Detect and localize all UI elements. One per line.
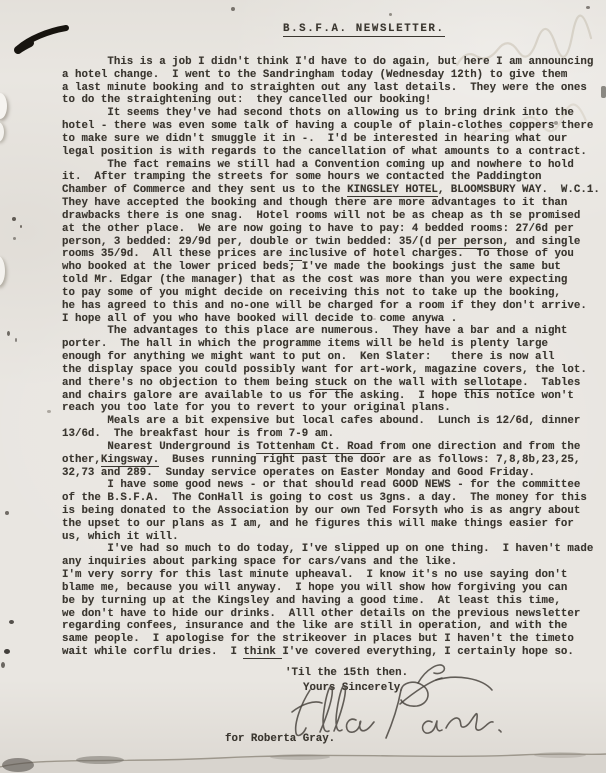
text-line: we don't have to hide our drinks. Alll o… — [62, 608, 600, 621]
text-segment: same people. I apologise for the strikeo… — [62, 633, 574, 645]
text-segment: Meals are a bit expensive but local cafe… — [62, 415, 580, 427]
paper-speck — [15, 338, 17, 342]
paper-speck — [1, 662, 5, 668]
text-segment: on the wall with — [347, 377, 464, 389]
text-line: blame me, because you will anyway. I hop… — [62, 582, 600, 595]
page-bottom-edge — [0, 745, 606, 773]
text-segment: 32,73 and 289. Sunday service operates o… — [62, 467, 535, 479]
paper-speck — [20, 225, 22, 228]
text-segment: a last minute booking and to straighten … — [62, 82, 587, 94]
text-segment: porter. The hall in which the programme … — [62, 338, 548, 350]
text-segment: blame me, because you will anyway. I hop… — [62, 582, 567, 594]
text-segment: drawbacks there is one snag. Hotel rooms… — [62, 210, 580, 222]
text-line: legal position is with regards to the ca… — [62, 146, 600, 159]
text-line: hotel - there was even some talk of havi… — [62, 120, 600, 133]
text-segment: Buses running right past the door are as… — [159, 454, 580, 466]
text-line: other,Kingsway. Buses running right past… — [62, 454, 600, 467]
text-line: at the other place. We are now going to … — [62, 223, 600, 236]
underlined-text: per person — [438, 236, 503, 249]
text-segment: Nearest Underground is — [62, 441, 256, 453]
text-segment: I have some good news - or that should r… — [62, 479, 580, 491]
paper-speck — [47, 410, 51, 413]
text-segment: any inquiries about parking space for ca… — [62, 556, 457, 568]
text-line: who booked at the lower priced beds; I'v… — [62, 261, 600, 274]
text-line: 32,73 and 289. Sunday service operates o… — [62, 467, 600, 480]
text-segment: I'm very sorry for this last minute uphe… — [62, 569, 567, 581]
text-line: told Mr. Edgar (the manager) that as the… — [62, 274, 600, 287]
text-segment: we don't have to hide our drinks. Alll o… — [62, 608, 580, 620]
text-line: person, 3 bedded: 29/9d per, double or t… — [62, 236, 600, 249]
text-line: the upset to our plans as I am, and he f… — [62, 518, 600, 531]
text-segment: legal position is with regards to the ca… — [62, 146, 587, 158]
text-line: Chamber of Commerce and they sent us to … — [62, 184, 600, 197]
text-line: enough for anything we might want to put… — [62, 351, 600, 364]
paper-speck — [9, 620, 14, 624]
text-segment: , BLOOMSBURY WAY. W.C.1. — [438, 184, 600, 196]
text-segment: , and single — [503, 236, 581, 248]
text-line: 13/6d. The breakfast hour is from 7-9 am… — [62, 428, 600, 441]
text-line: Nearest Underground is Tottenham Ct. Roa… — [62, 441, 600, 454]
text-line: The fact remains we still had a Conventi… — [62, 159, 600, 172]
text-segment: from one direction and from the — [380, 441, 581, 453]
newsletter-title: B.S.F.A. NEWSLETTER. — [283, 23, 445, 37]
text-line: It seems they've had second thots on all… — [62, 107, 600, 120]
text-line: drawbacks there is one snag. Hotel rooms… — [62, 210, 600, 223]
text-line: is being donated to the Association by o… — [62, 505, 600, 518]
text-segment: he has agreed to this and no-one will be… — [62, 300, 587, 312]
text-segment: reach you too late for you to revert to … — [62, 402, 451, 414]
text-segment: I hope all of you who have booked will d… — [62, 313, 457, 325]
text-segment: other, — [62, 454, 101, 466]
letter-body: This is a job I didn't think I'd have to… — [62, 56, 600, 659]
text-segment: It seems they've had second thots on all… — [62, 107, 574, 119]
text-segment: I've covered everything, I certainly hop… — [282, 646, 574, 658]
text-segment: regarding confees, insurance and the lik… — [62, 620, 567, 632]
underlined-text: Kingsway. — [101, 454, 159, 467]
text-line: I hope all of you who have booked will d… — [62, 313, 600, 326]
text-segment: The advantages to this place are numerou… — [62, 325, 567, 337]
text-segment: hotel - there was even some talk of havi… — [62, 120, 593, 132]
text-line: porter. The hall in which the programme … — [62, 338, 600, 351]
text-line: I'm very sorry for this last minute uphe… — [62, 569, 600, 582]
text-segment: is being donated to the Association by o… — [62, 505, 580, 517]
scanned-page: B.S.F.A. NEWSLETTER. This is a job I did… — [0, 0, 606, 773]
text-segment: to do the straightening out: they cancel… — [62, 94, 431, 106]
text-line: same people. I apologise for the strikeo… — [62, 633, 600, 646]
text-segment: a hotel change. I went to the Sandringha… — [62, 69, 567, 81]
paper-speck — [13, 237, 16, 240]
pen-scribble-mark — [14, 22, 74, 56]
text-line: any inquiries about parking space for ca… — [62, 556, 600, 569]
text-line: and there's no objection to them being s… — [62, 377, 600, 390]
text-segment: who booked at the lower priced beds; I'v… — [62, 261, 561, 273]
text-segment: to make sure we didn't smuggle it in -. … — [62, 133, 567, 145]
text-segment: us, which it will. — [62, 531, 179, 543]
text-segment: rooms 35/9d. All these prices are — [62, 248, 289, 260]
text-line: he has agreed to this and no-one will be… — [62, 300, 600, 313]
paper-speck — [586, 6, 590, 9]
text-segment: at the other place. We are now going to … — [62, 223, 574, 235]
underlined-text: KINGSLEY HOTEL — [347, 184, 438, 197]
underlined-text: sellotape — [464, 377, 522, 390]
paper-speck — [5, 511, 9, 515]
text-line: The advantages to this place are numerou… — [62, 325, 600, 338]
text-line: a last minute booking and to straighten … — [62, 82, 600, 95]
paper-speck — [231, 7, 235, 11]
text-segment: person, 3 bedded: 29/9d per, double or t… — [62, 236, 438, 248]
text-line: reach you too late for you to revert to … — [62, 402, 600, 415]
text-line: be by turning up at the Kingsley and hav… — [62, 595, 600, 608]
text-line: This is a job I didn't think I'd have to… — [62, 56, 600, 69]
text-segment: Chamber of Commerce and they sent us to … — [62, 184, 347, 196]
underlined-text: think — [243, 646, 282, 659]
text-segment: enough for anything we might want to put… — [62, 351, 554, 363]
text-segment: be by turning up at the Kingsley and hav… — [62, 595, 561, 607]
text-segment: They have accepted the booking and thoug… — [62, 197, 567, 209]
text-line: Meals are a bit expensive but local cafe… — [62, 415, 600, 428]
torn-edge-chip — [0, 122, 4, 142]
text-line: it. After tramping the streets for some … — [62, 171, 600, 184]
text-segment: The fact remains we still had a Conventi… — [62, 159, 574, 171]
text-line: the display space you could possibly wan… — [62, 364, 600, 377]
text-segment: I've had so much to do today, I've slipp… — [62, 543, 593, 555]
text-segment: to pay some of you might decide on recei… — [62, 287, 561, 299]
text-segment: and there's no objection to them being — [62, 377, 315, 389]
text-line: regarding confees, insurance and the lik… — [62, 620, 600, 633]
closing-for-roberta-gray: for Roberta Gray. — [225, 733, 335, 745]
text-line: and chairs galore are available to us fo… — [62, 390, 600, 403]
text-line: rooms 35/9d. All these prices are inclus… — [62, 248, 600, 261]
text-line: They have accepted the booking and thoug… — [62, 197, 600, 210]
text-segment: of the B.S.F.A. The ConHall is going to … — [62, 492, 587, 504]
text-segment: wait while corflu dries. I — [62, 646, 243, 658]
torn-edge-chip — [0, 93, 7, 119]
text-line: to make sure we didn't smuggle it in -. … — [62, 133, 600, 146]
text-segment: . Tables — [522, 377, 580, 389]
paper-speck — [12, 217, 16, 221]
text-line: I've had so much to do today, I've slipp… — [62, 543, 600, 556]
text-line: to pay some of you might decide on recei… — [62, 287, 600, 300]
text-segment: the upset to our plans as I am, and he f… — [62, 518, 574, 530]
underlined-text: in — [289, 248, 302, 261]
paper-speck — [4, 649, 10, 654]
underlined-text: Tottenham Ct. Road — [256, 441, 379, 454]
paper-speck — [601, 86, 606, 98]
text-segment: the display space you could possibly wan… — [62, 364, 587, 376]
underlined-text: stuck — [315, 377, 347, 390]
text-line: us, which it will. — [62, 531, 600, 544]
text-line: to do the straightening out: they cancel… — [62, 94, 600, 107]
paper-speck — [7, 331, 10, 336]
torn-edge-chip — [0, 256, 5, 286]
text-line: I have some good news - or that should r… — [62, 479, 600, 492]
text-segment: 13/6d. The breakfast hour is from 7-9 am… — [62, 428, 334, 440]
text-line: a hotel change. I went to the Sandringha… — [62, 69, 600, 82]
text-segment: clusive of hotel charges. To those of yo… — [302, 248, 574, 260]
text-segment: and chairs galore are available to us fo… — [62, 390, 574, 402]
text-segment: it. After tramping the streets for some … — [62, 171, 541, 183]
text-line: of the B.S.F.A. The ConHall is going to … — [62, 492, 600, 505]
text-segment: told Mr. Edgar (the manager) that as the… — [62, 274, 567, 286]
text-segment: This is a job I didn't think I'd have to… — [62, 56, 593, 68]
paper-speck — [389, 13, 392, 16]
text-line: wait while corflu dries. I think I've co… — [62, 646, 600, 659]
